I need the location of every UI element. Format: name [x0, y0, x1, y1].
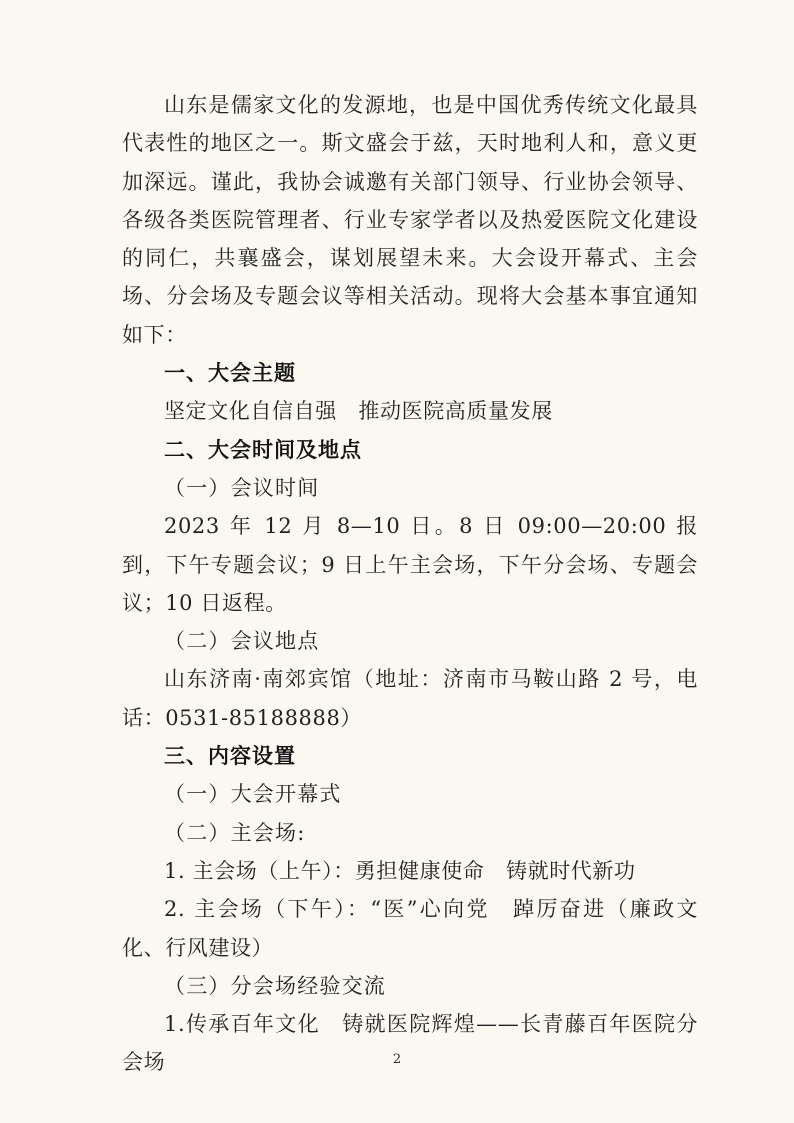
- paragraph-main-venue-am: 1. 主会场（上午）：勇担健康使命 铸就时代新功: [122, 852, 698, 890]
- subheading-sub-venues: （三）分会场经验交流: [122, 967, 698, 1005]
- heading-conference-theme: 一、大会主题: [122, 354, 698, 392]
- paragraph-theme-slogan: 坚定文化自信自强 推动医院高质量发展: [122, 392, 698, 430]
- subheading-main-venue: （二）主会场:: [122, 814, 698, 852]
- subheading-opening-ceremony: （一）大会开幕式: [122, 775, 698, 813]
- paragraph-meeting-time: 2023 年 12 月 8—10 日。8 日 09:00—20:00 报到，下午…: [122, 507, 698, 622]
- document-body: 山东是儒家文化的发源地，也是中国优秀传统文化最具代表性的地区之一。斯文盛会于兹，…: [122, 86, 698, 1082]
- heading-content-setup: 三、内容设置: [122, 737, 698, 775]
- paragraph-sub-venue-1: 1.传承百年文化 铸就医院辉煌——长青藤百年医院分会场: [122, 1005, 698, 1082]
- paragraph-main-venue-pm: 2. 主会场（下午）：“医”心向党 踔厉奋进（廉政文化、行风建设）: [122, 890, 698, 967]
- subheading-meeting-place: （二）会议地点: [122, 622, 698, 660]
- page-number: 2: [0, 1052, 794, 1067]
- document-page: 山东是儒家文化的发源地，也是中国优秀传统文化最具代表性的地区之一。斯文盛会于兹，…: [0, 0, 794, 1123]
- paragraph-meeting-place: 山东济南·南郊宾馆（地址：济南市马鞍山路 2 号，电话：0531-8518888…: [122, 660, 698, 737]
- subheading-meeting-time: （一）会议时间: [122, 469, 698, 507]
- heading-time-and-place: 二、大会时间及地点: [122, 431, 698, 469]
- paragraph-intro: 山东是儒家文化的发源地，也是中国优秀传统文化最具代表性的地区之一。斯文盛会于兹，…: [122, 86, 698, 354]
